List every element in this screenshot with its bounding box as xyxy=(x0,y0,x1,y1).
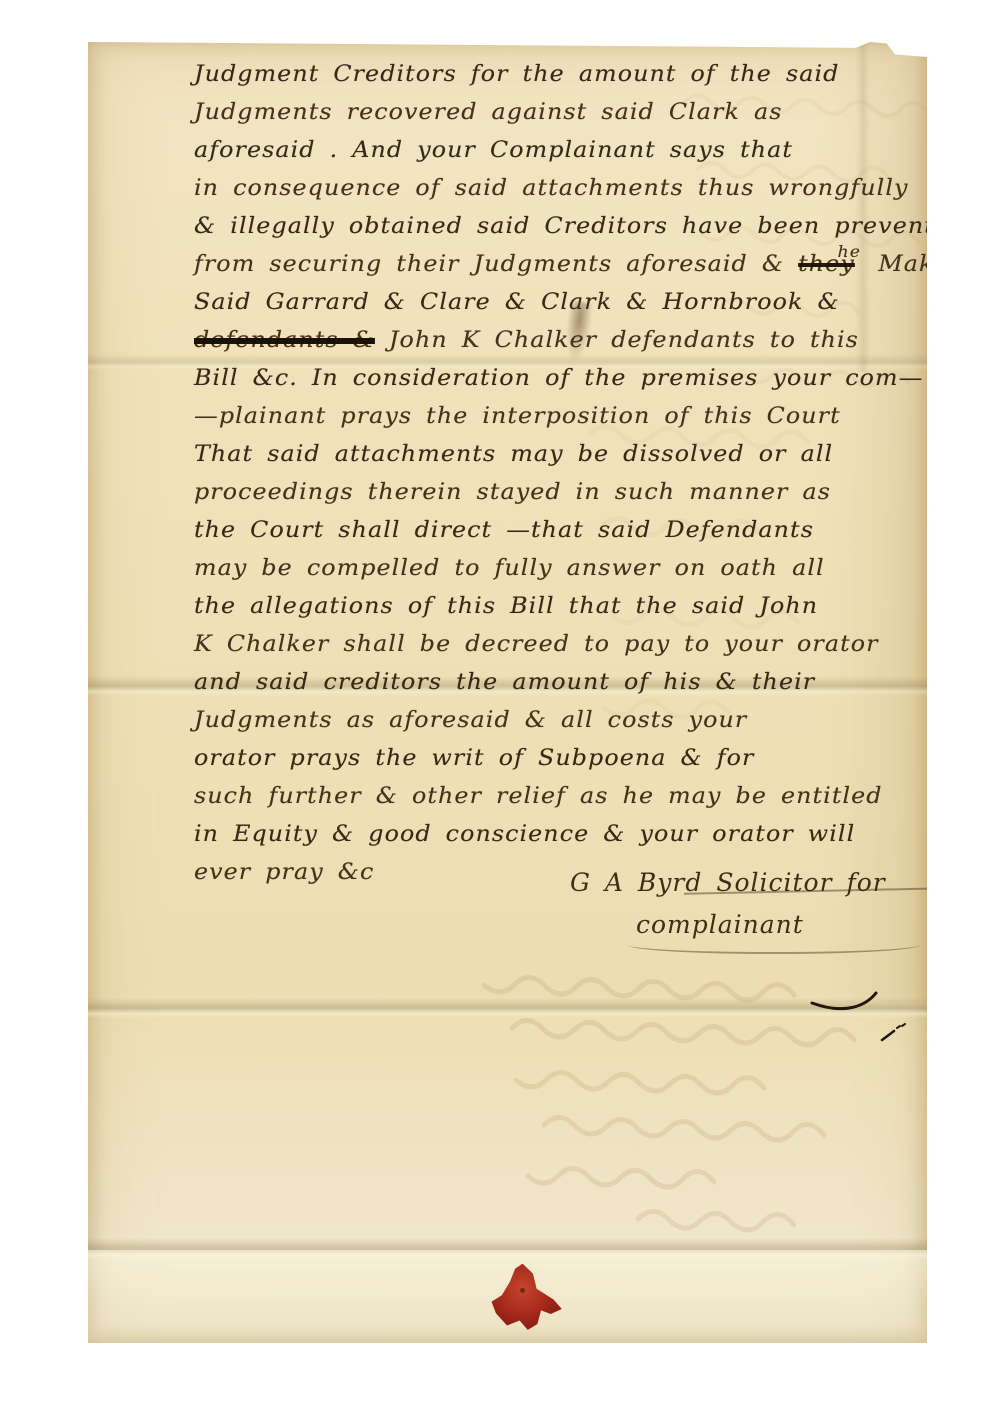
line-text: ever pray &c xyxy=(194,860,374,885)
line-text: Makes xyxy=(864,252,963,277)
manuscript-line: Judgments recovered against said Clark a… xyxy=(194,94,885,132)
manuscript-text-block: Judgment Creditors for the amount of the… xyxy=(194,56,885,892)
manuscript-line: may be compelled to fully answer on oath… xyxy=(194,550,885,588)
line-text: Judgment Creditors for the amount of the… xyxy=(194,62,839,87)
line-text: such further & other relief as he may be… xyxy=(194,784,883,809)
line-text: John K Chalker defendants to this xyxy=(375,328,859,353)
line-text: and said creditors the amount of his & t… xyxy=(194,670,815,695)
line-text: Said Garrard & Clare & Clark & Hornbrook… xyxy=(194,290,840,315)
manuscript-line: Bill &c. In consideration of the premise… xyxy=(194,360,885,398)
line-text: may be compelled to fully answer on oath… xyxy=(194,556,825,581)
manuscript-line: in Equity & good conscience & your orato… xyxy=(194,816,885,854)
signature-party: complainant xyxy=(636,910,804,939)
line-text: from securing their Judgments aforesaid … xyxy=(194,252,798,277)
line-text: —plainant prays the interposition of thi… xyxy=(194,404,841,429)
manuscript-line: the allegations of this Bill that the sa… xyxy=(194,588,885,626)
manuscript-line: Said Garrard & Clare & Clark & Hornbrook… xyxy=(194,284,885,322)
manuscript-line: aforesaid . And your Complainant says th… xyxy=(194,132,885,170)
manuscript-line: orator prays the writ of Subpoena & for xyxy=(194,740,885,778)
manuscript-line: such further & other relief as he may be… xyxy=(194,778,885,816)
manuscript-line: defendants & John K Chalker defendants t… xyxy=(194,322,885,360)
manuscript-line: and said creditors the amount of his & t… xyxy=(194,664,885,702)
manuscript-paper-sheet: Judgment Creditors for the amount of the… xyxy=(88,42,927,1343)
manuscript-line: K Chalker shall be decreed to pay to you… xyxy=(194,626,885,664)
manuscript-line: Judgment Creditors for the amount of the… xyxy=(194,56,885,94)
scanned-document: Judgment Creditors for the amount of the… xyxy=(0,0,1000,1403)
line-text: orator prays the writ of Subpoena & for xyxy=(194,746,754,771)
manuscript-line: the Court shall direct —that said Defend… xyxy=(194,512,885,550)
signature-solicitor: G A Byrd Solicitor for xyxy=(570,868,886,897)
inserted-text: he xyxy=(838,233,862,271)
line-text: That said attachments may be dissolved o… xyxy=(194,442,833,467)
pen-flourish-mark xyxy=(808,990,882,1018)
line-text: aforesaid . And your Complainant says th… xyxy=(194,138,793,163)
bleedthrough-writing-lower xyxy=(114,970,914,1250)
manuscript-line: in consequence of said attachments thus … xyxy=(194,170,885,208)
manuscript-line: from securing their Judgments aforesaid … xyxy=(194,246,885,284)
line-text: K Chalker shall be decreed to pay to you… xyxy=(194,632,879,657)
manuscript-line: proceedings therein stayed in such manne… xyxy=(194,474,885,512)
line-text: proceedings therein stayed in such manne… xyxy=(194,480,831,505)
line-text: the allegations of this Bill that the sa… xyxy=(194,594,818,619)
manuscript-line: & illegally obtained said Creditors have… xyxy=(194,208,885,246)
line-text: in Equity & good conscience & your orato… xyxy=(194,822,855,847)
line-text: Judgments recovered against said Clark a… xyxy=(194,100,782,125)
line-text: in consequence of said attachments thus … xyxy=(194,176,909,201)
line-text: the Court shall direct —that said Defend… xyxy=(194,518,814,543)
manuscript-line: Judgments as aforesaid & all costs your xyxy=(194,702,885,740)
struck-text: defendants & xyxy=(194,328,375,353)
manuscript-line: That said attachments may be dissolved o… xyxy=(194,436,885,474)
wax-seal-speck xyxy=(520,1288,525,1293)
manuscript-line: —plainant prays the interposition of thi… xyxy=(194,398,885,436)
line-text: Bill &c. In consideration of the premise… xyxy=(194,366,923,391)
pen-tick-mark xyxy=(880,1022,908,1044)
line-text: Judgments as aforesaid & all costs your xyxy=(194,708,747,733)
